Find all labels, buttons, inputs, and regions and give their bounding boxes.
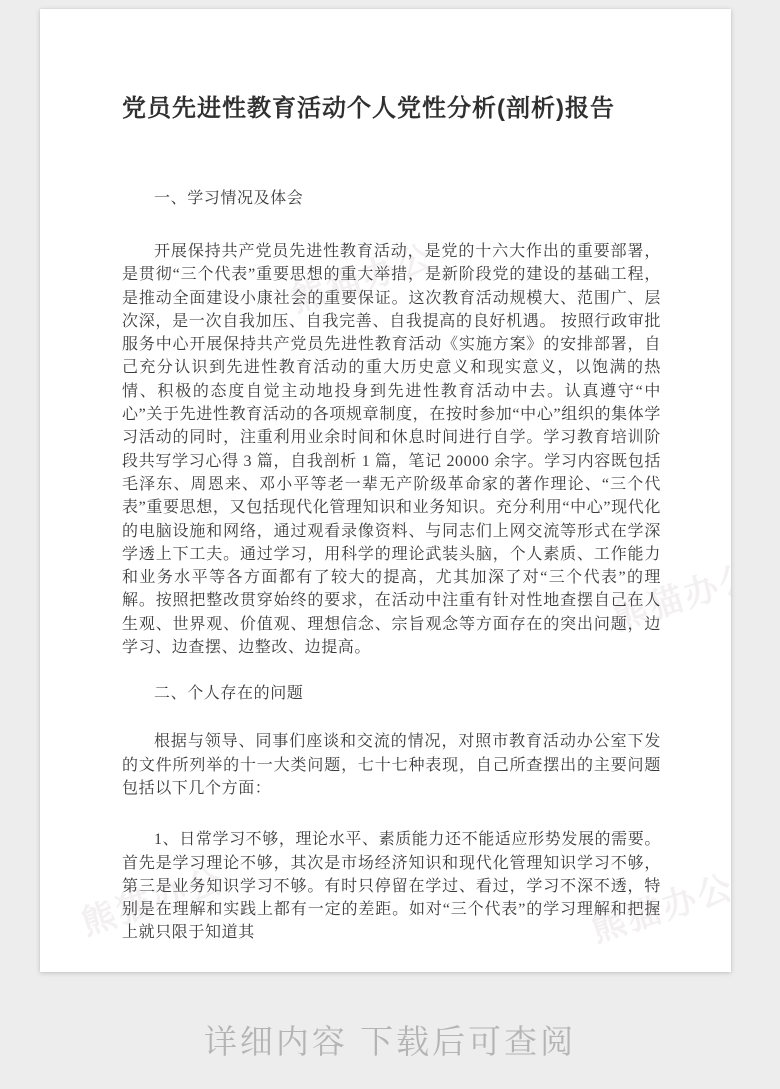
section-2-paragraph-2: 1、日常学习不够，理论水平、素质能力还不能适应形势发展的需要。首先是学习理论不够… <box>122 828 661 944</box>
section-1-paragraph: 开展保持共产党员先进性教育活动，是党的十六大作出的重要部署，是贯彻“三个代表”重… <box>122 240 661 659</box>
document-preview: 熊猫办公 熊猫办公 熊猫办公 熊猫办公 党员先进性教育活动个人党性分析(剖析)报… <box>0 0 780 1089</box>
section-heading-2: 二、个人存在的问题 <box>122 682 661 705</box>
download-notice: 详细内容 下载后可查阅 <box>0 1022 780 1062</box>
document-page: 熊猫办公 熊猫办公 熊猫办公 熊猫办公 党员先进性教育活动个人党性分析(剖析)报… <box>40 9 731 972</box>
section-heading-1: 一、学习情况及体会 <box>122 187 661 210</box>
document-title: 党员先进性教育活动个人党性分析(剖析)报告 <box>122 93 661 125</box>
section-2-paragraph-1: 根据与领导、同事们座谈和交流的情况，对照市教育活动办公室下发的文件所列举的十一大… <box>122 730 661 800</box>
